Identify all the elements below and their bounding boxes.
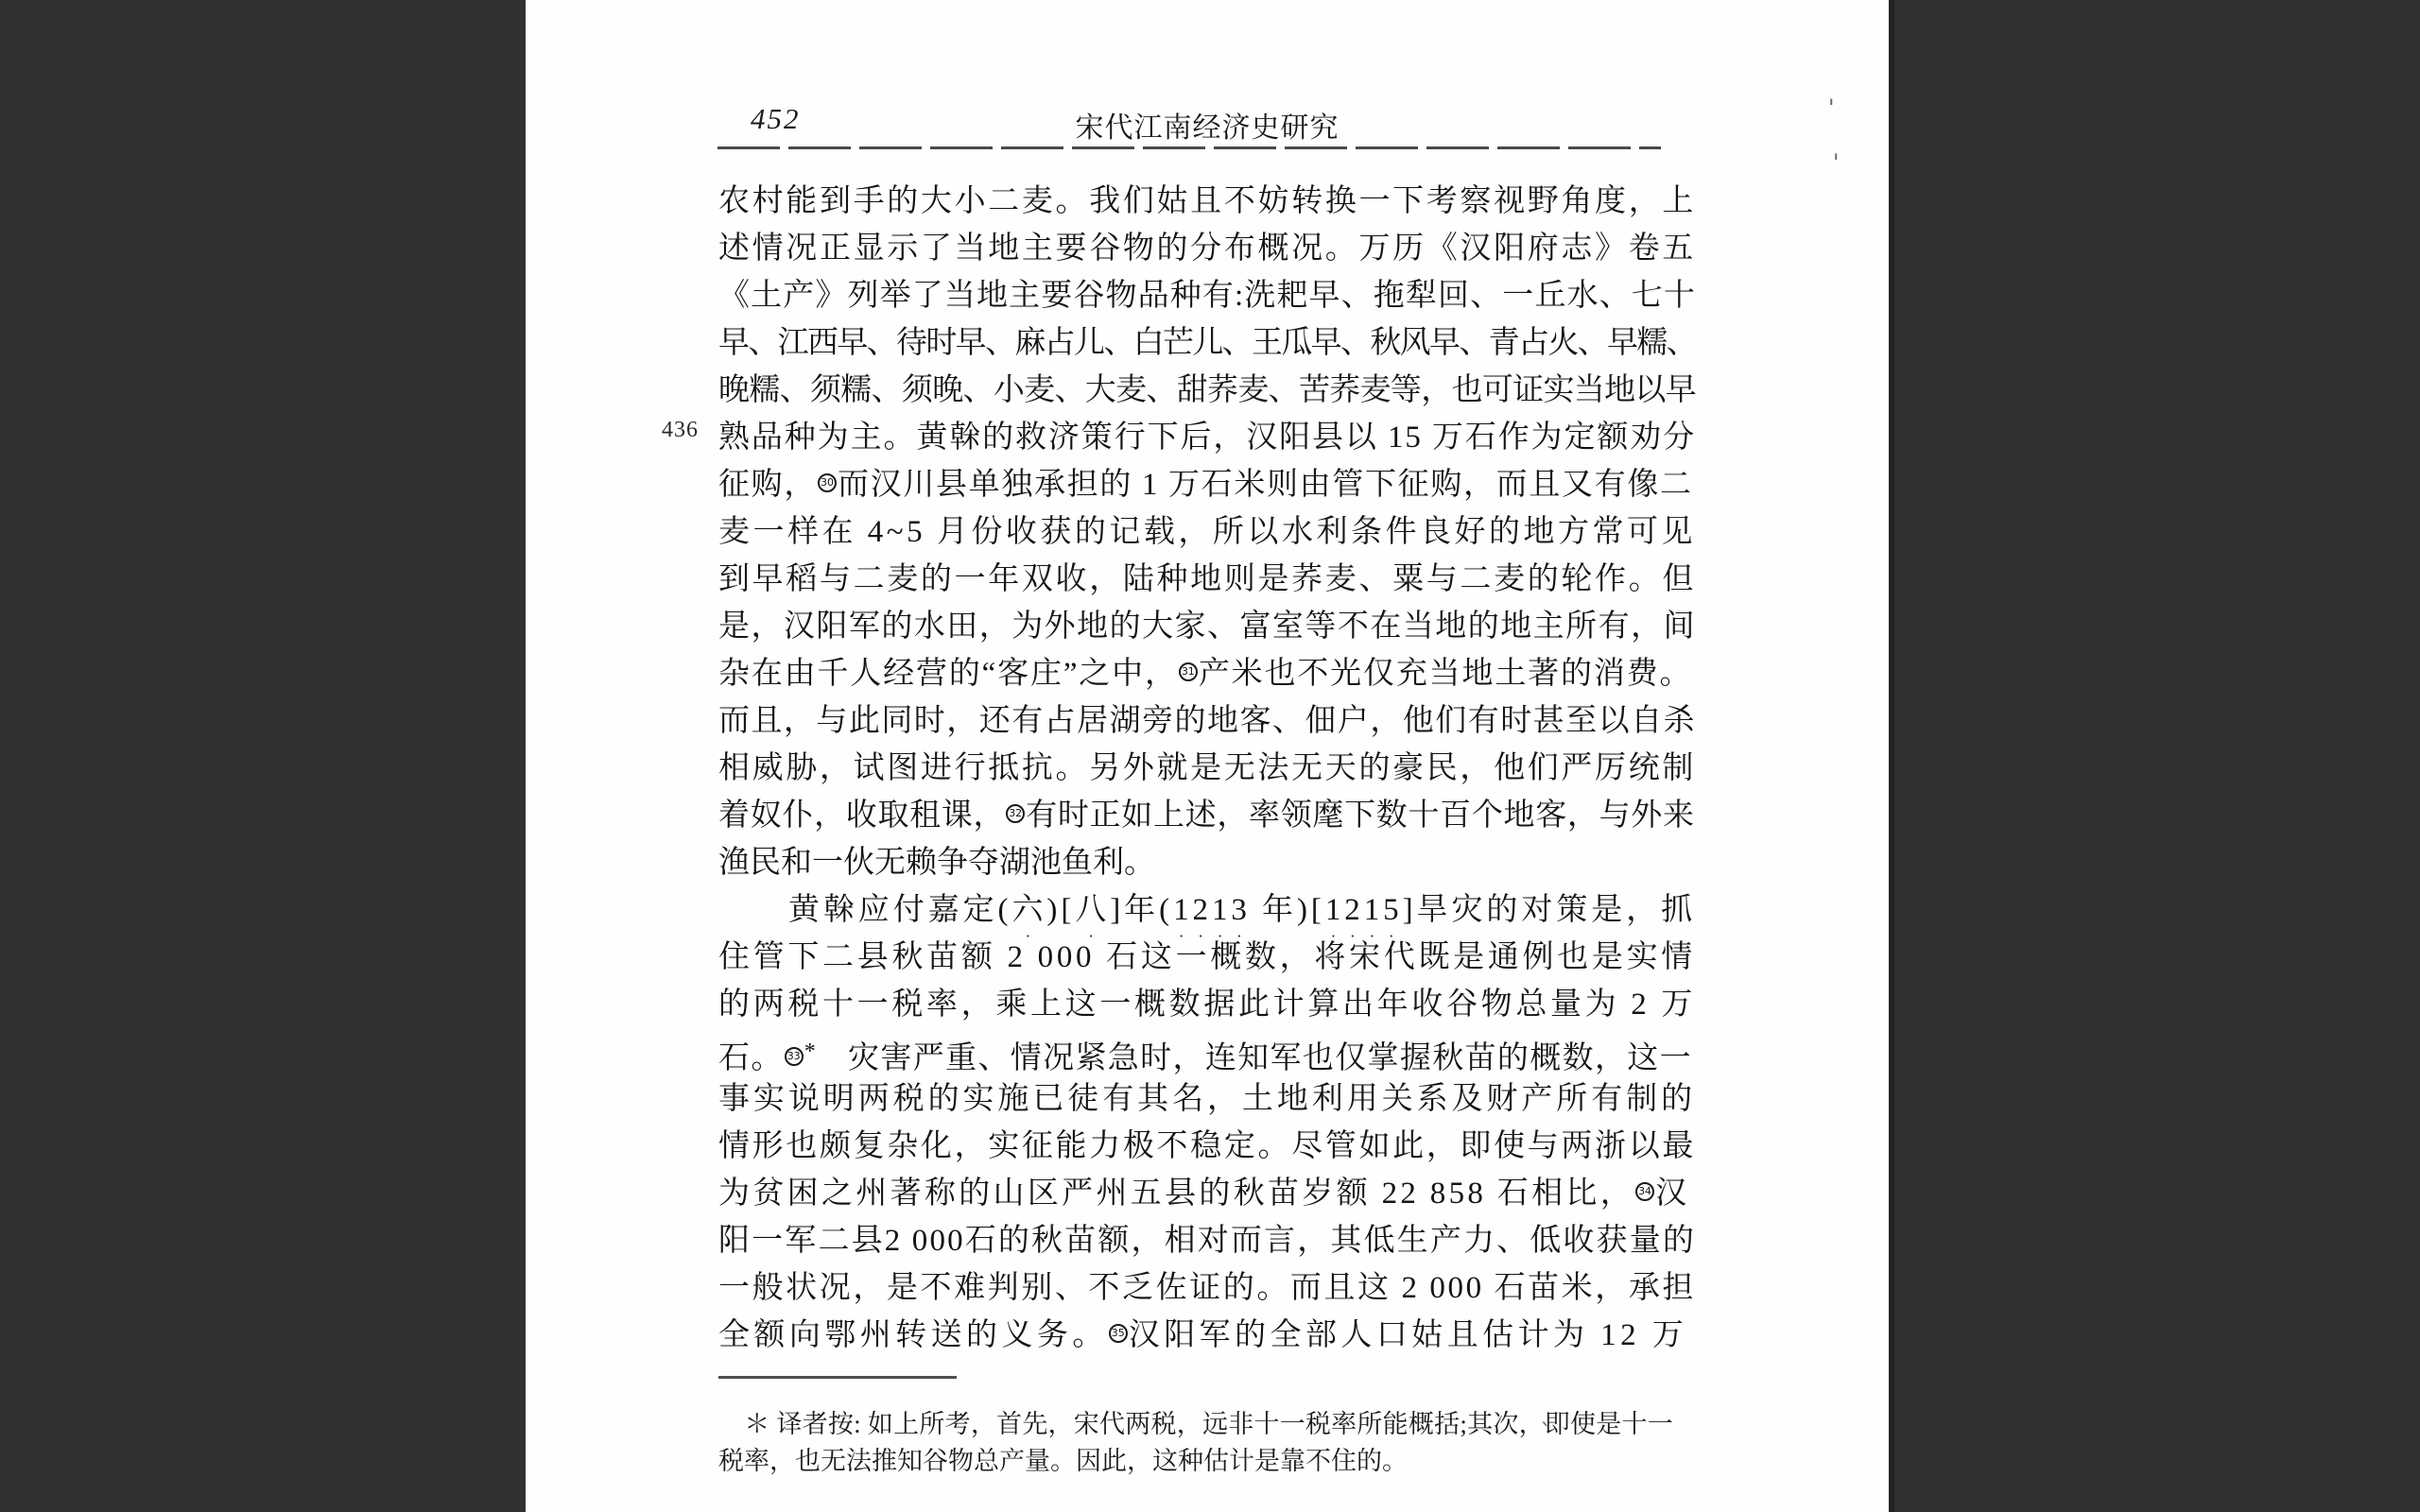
text-line: 是，汉阳军的水田，为外地的大家、富室等不在当地的地主所有，间 <box>718 603 1696 650</box>
footnote-ref-circled: 33 <box>785 1047 804 1066</box>
text-line: 到早稻与二麦的一年双收，陆种地则是荞麦、粟与二麦的轮作。但 <box>718 556 1696 603</box>
emphasized-text: 八 <box>1075 893 1110 927</box>
text-line: 杂在由千人经营的“客庄”之中，31产米也不光仅充当地土著的消费。 <box>718 650 1696 697</box>
header-rule <box>717 146 1661 149</box>
emphasized-text: 六 <box>1011 893 1046 927</box>
footnote-block: ＊ 译者按: 如上所考，首先，宋代两税，远非十一税率所能概括;其次，即使是十一税… <box>718 1406 1673 1480</box>
text-line: ＊ 译者按: 如上所考，首先，宋代两税，远非十一税率所能概括;其次，即使是十一 <box>718 1406 1673 1443</box>
text-line: 住管下二县秋苗额 2 000 石这一概数，将宋代既是通例也是实情 <box>718 934 1696 981</box>
text-line: 阳一军二县2 000石的秋苗额，相对而言，其低生产力、低收获量的 <box>718 1217 1696 1264</box>
text-line: 相威胁，试图进行抵抗。另外就是无法无天的豪民，他们严厉统制 <box>718 745 1696 792</box>
text-line: 晚糯、须糯、须晚、小麦、大麦、甜荞麦、苦荞麦等，也可证实当地以早 <box>718 367 1696 414</box>
body-text-block: 农村能到手的大小二麦。我们姑且不妨转换一下考察视野角度，上述情况正显示了当地主要… <box>718 178 1696 1359</box>
text-line: 情形也颇复杂化，实征能力极不稳定。尽管如此，即使与两浙以最 <box>718 1123 1696 1170</box>
footnote-ref-circled: 32 <box>1006 804 1025 823</box>
text-line: 为贫困之州著称的山区严州五县的秋苗岁额 22 858 石相比，34汉 <box>718 1170 1696 1217</box>
emphasized-text: 1215 <box>1325 893 1403 927</box>
text-line: 《土产》列举了当地主要谷物品种有:洗耙早、拖犁回、一丘水、七十 <box>718 272 1696 319</box>
book-page: 452 宋代江南经济史研究 436 农村能到手的大小二麦。我们姑且不妨转换一下考… <box>526 0 1894 1512</box>
footnote-ref-circled: 31 <box>1179 662 1198 681</box>
footnote-rule <box>718 1376 957 1379</box>
text-line: 事实说明两税的实施已徒有其名，土地利用关系及财产所有制的 <box>718 1075 1696 1123</box>
text-line: 述情况正显示了当地主要谷物的分布概况。万历《汉阳府志》卷五 <box>718 225 1696 272</box>
scan-artifact: ' <box>1829 149 1842 176</box>
footnote-ref-circled: 35 <box>1109 1324 1128 1343</box>
text-line: 麦一样在 4~5 月份收获的记载，所以水利条件良好的地方常可见 <box>718 508 1696 556</box>
text-line: 而且，与此同时，还有占居湖旁的地客、佃户，他们有时甚至以自杀 <box>718 697 1696 745</box>
text-line: 征购，30而汉川县单独承担的 1 万石米则由管下征购，而且又有像二 <box>718 461 1696 508</box>
footnote-ref-asterisk: * <box>804 1039 816 1064</box>
text-line: 农村能到手的大小二麦。我们姑且不妨转换一下考察视野角度，上 <box>718 178 1696 225</box>
text-line: 一般状况，是不难判别、不乏佐证的。而且这 2 000 石苗米，承担 <box>718 1264 1696 1312</box>
viewer-background: 452 宋代江南经济史研究 436 农村能到手的大小二麦。我们姑且不妨转换一下考… <box>0 0 2420 1512</box>
text-line: 熟品种为主。黄榦的救济策行下后，汉阳县以 15 万石作为定额劝分 <box>718 414 1696 461</box>
text-line: 石。33* 灾害严重、情况紧急时，连知军也仅掌握秋苗的概数，这一 <box>718 1028 1696 1075</box>
text-line: 的两税十一税率，乘上这一概数据此计算出年收谷物总量为 2 万 <box>718 981 1696 1028</box>
text-line: 早、江西早、待时早、麻占儿、白芒儿、王瓜早、秋风早、青占火、早糯、 <box>718 319 1696 367</box>
scan-artifact: ' <box>1824 94 1838 121</box>
running-head-title: 宋代江南经济史研究 <box>718 104 1696 146</box>
footnote-ref-circled: 34 <box>1635 1182 1654 1201</box>
emphasized-text: 1213 <box>1173 893 1251 927</box>
margin-page-ref: 436 <box>662 418 699 443</box>
footnote-ref-circled: 30 <box>818 473 837 492</box>
text-line: 税率，也无法推知谷物总产量。因此，这种估计是靠不住的。 <box>718 1443 1673 1480</box>
text-line: 渔民和一伙无赖争夺湖池鱼利。 <box>718 839 1696 886</box>
text-line: 黄榦应付嘉定(六)[八]年(1213 年)[1215]旱灾的对策是，抓 <box>718 886 1696 934</box>
scan-artifact: ` <box>1539 1419 1552 1446</box>
text-line: 着奴仆，收取租课，32有时正如上述，率领麾下数十百个地客，与外来 <box>718 792 1696 839</box>
text-line: 全额向鄂州转送的义务。35汉阳军的全部人口姑且估计为 12 万 <box>718 1312 1696 1359</box>
